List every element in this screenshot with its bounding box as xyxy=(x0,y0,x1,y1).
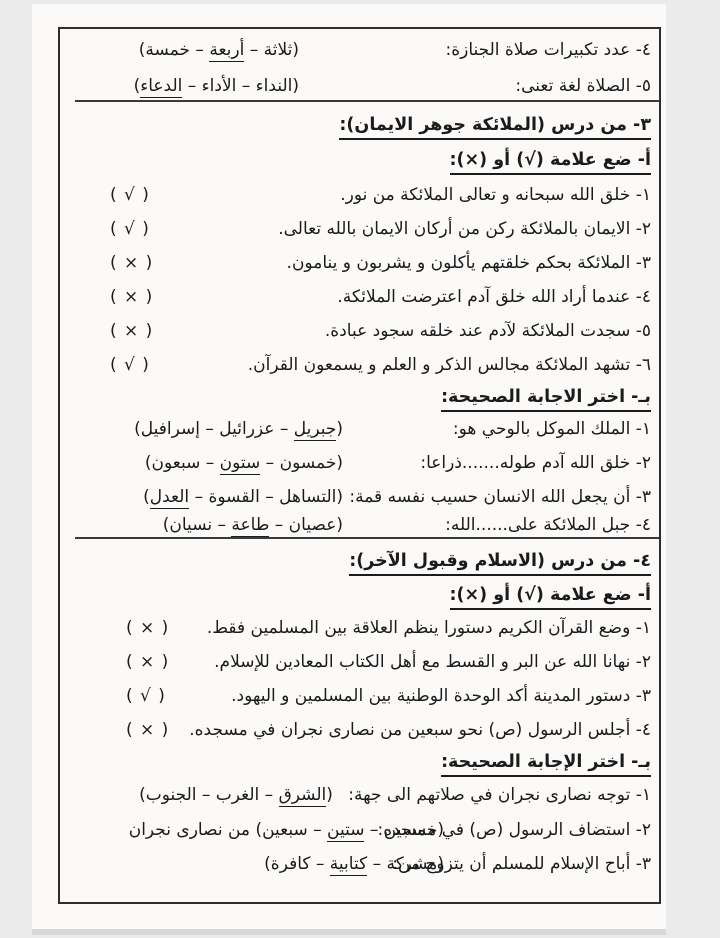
choice-text: (خمسين – xyxy=(364,820,444,840)
question-text: ٢- خلق الله آدم طوله.......ذراعا: xyxy=(420,453,651,473)
part-heading: أ- ضع علامة (√) أو (×): xyxy=(450,148,651,175)
choice-group: (مشركة – كتابية – كافرة) xyxy=(264,852,444,876)
part-heading: أ- ضع علامة (√) أو (×): xyxy=(450,583,651,610)
question-text: ١- توجه نصارى نجران في صلاتهم الى جهة: xyxy=(348,785,651,805)
answer-mark: ( × ) xyxy=(126,650,169,674)
underlined-answer: طاعة xyxy=(231,515,269,537)
statement-text: ٢- الايمان بالملائكة ركن من أركان الايما… xyxy=(278,219,651,239)
answer-mark: ( √ ) xyxy=(126,684,166,708)
mc-question-row: ١- توجه نصارى نجران في صلاتهم الى جهة: (… xyxy=(60,783,659,809)
true-false-row: ١- وضع القرآن الكريم دستورا ينظم العلاقة… xyxy=(60,616,659,642)
paper-sheet: ٤- عدد تكبيرات صلاة الجنازة: (ثلاثة – أر… xyxy=(32,4,666,931)
choice-text: – كافرة) xyxy=(264,854,330,874)
choice-text: – عزرائيل – إسرافيل) xyxy=(134,419,294,439)
choice-text: (عصيان – xyxy=(269,515,343,535)
true-false-row: ٢- نهانا الله عن البر و القسط مع أهل الك… xyxy=(60,650,659,676)
true-false-row: ٤- عندما أراد الله خلق آدم اعترضت الملائ… xyxy=(60,285,659,311)
choice-text: – الغرب – الجنوب) xyxy=(139,785,279,805)
choice-text: – سبعين) من نصارى نجران xyxy=(129,820,327,840)
choice-text: ) xyxy=(143,487,150,507)
statement-text: ٣- دستور المدينة أكد الوحدة الوطنية بين … xyxy=(231,686,651,706)
choice-text: – نسيان) xyxy=(163,515,232,535)
true-false-row: ٣- دستور المدينة أكد الوحدة الوطنية بين … xyxy=(60,684,659,710)
section-title: ٤- من درس (الاسلام وقبول الآخر): xyxy=(349,549,651,576)
scanned-exam-page: ٤- عدد تكبيرات صلاة الجنازة: (ثلاثة – أر… xyxy=(0,0,720,938)
question-text: ٤- عدد تكبيرات صلاة الجنازة: xyxy=(445,40,651,60)
part-heading-row: أ- ضع علامة (√) أو (×): xyxy=(60,148,659,174)
choice-text: (النداء – الأداء – xyxy=(182,76,299,96)
answer-mark: ( × ) xyxy=(110,319,153,343)
true-false-row: ١- خلق الله سبحانه و تعالى الملائكة من ن… xyxy=(60,183,659,209)
choice-text: ( xyxy=(326,785,333,805)
true-false-row: ٢- الايمان بالملائكة ركن من أركان الايما… xyxy=(60,217,659,243)
mc-question-row: ١- الملك الموكل بالوحي هو: (جبريل – عزرا… xyxy=(60,417,659,443)
choice-group: (عصيان – طاعة – نسيان) xyxy=(163,513,343,537)
part-heading-row: بـ- اختر الإجابة الصحيحة: xyxy=(60,750,659,776)
answer-mark: ( √ ) xyxy=(110,217,150,241)
statement-text: ٤- أجلس الرسول (ص) نحو سبعين من نصارى نج… xyxy=(189,720,651,740)
mc-question-row: ٣- أن يجعل الله الانسان حسيب نفسه قمة: (… xyxy=(60,485,659,511)
page-edge-shadow xyxy=(32,929,666,935)
choice-group: (الشرق – الغرب – الجنوب) xyxy=(139,785,333,805)
underlined-answer: ستون xyxy=(220,453,261,475)
separator-line xyxy=(75,100,659,102)
question-text: ٤- جبل الملائكة على......الله: xyxy=(445,515,651,535)
choice-text: ( xyxy=(336,419,343,439)
section-title-row: ٣- من درس (الملائكة جوهر الايمان): xyxy=(60,113,659,139)
underlined-answer: جبريل xyxy=(294,419,337,441)
section-title: ٣- من درس (الملائكة جوهر الايمان): xyxy=(339,113,651,140)
statement-text: ٣- الملائكة بحكم خلقتهم يأكلون و يشربون … xyxy=(287,253,651,273)
choice-group: (ثلاثة – أربعة – خمسة) xyxy=(139,38,299,62)
mc-question-row: ٣- أباح الإسلام للمسلم أن يتزوج من: (مشر… xyxy=(60,852,659,878)
separator-line xyxy=(75,537,659,539)
true-false-row: ٣- الملائكة بحكم خلقتهم يأكلون و يشربون … xyxy=(60,251,659,277)
choice-text: (ثلاثة – xyxy=(244,40,299,60)
answer-mark: ( √ ) xyxy=(110,183,150,207)
statement-text: ٤- عندما أراد الله خلق آدم اعترضت الملائ… xyxy=(337,287,651,307)
choice-group: (جبريل – عزرائيل – إسرافيل) xyxy=(134,417,343,441)
answer-mark: ( × ) xyxy=(126,616,169,640)
choice-group: (خمسون – ستون – سبعون) xyxy=(145,451,343,475)
section-title-row: ٤- من درس (الاسلام وقبول الآخر): xyxy=(60,549,659,575)
question-text: ١- الملك الموكل بالوحي هو: xyxy=(453,419,651,439)
choice-text: – خمسة) xyxy=(139,40,210,60)
true-false-row: ٤- أجلس الرسول (ص) نحو سبعين من نصارى نج… xyxy=(60,718,659,744)
part-heading: بـ- اختر الإجابة الصحيحة: xyxy=(441,750,651,777)
answer-mark: ( × ) xyxy=(110,285,153,309)
choice-text: (التساهل – القسوة – xyxy=(189,487,343,507)
underlined-answer: أربعة xyxy=(209,40,244,62)
mc-question-row: ٢- خلق الله آدم طوله.......ذراعا: (خمسون… xyxy=(60,451,659,477)
question-text: ٣- أن يجعل الله الانسان حسيب نفسه قمة: xyxy=(349,487,651,507)
underlined-answer: الشرق xyxy=(279,785,327,807)
statement-text: ١- خلق الله سبحانه و تعالى الملائكة من ن… xyxy=(340,185,651,205)
answer-mark: ( × ) xyxy=(126,718,169,742)
underlined-answer: كتابية xyxy=(330,854,367,876)
choice-group: (التساهل – القسوة – العدل) xyxy=(143,485,343,509)
choice-group: (النداء – الأداء – الدعاء) xyxy=(134,74,299,98)
content-frame: ٤- عدد تكبيرات صلاة الجنازة: (ثلاثة – أر… xyxy=(58,27,661,904)
underlined-answer: ستين xyxy=(327,820,364,842)
mc-question-row: ٤- عدد تكبيرات صلاة الجنازة: (ثلاثة – أر… xyxy=(60,38,659,64)
choice-group: (خمسين – ستين – سبعين) من نصارى نجران xyxy=(129,818,444,842)
statement-text: ١- وضع القرآن الكريم دستورا ينظم العلاقة… xyxy=(207,618,651,638)
statement-text: ٢- نهانا الله عن البر و القسط مع أهل الك… xyxy=(214,652,651,672)
true-false-row: ٦- تشهد الملائكة مجالس الذكر و العلم و ي… xyxy=(60,353,659,379)
part-heading-row: أ- ضع علامة (√) أو (×): xyxy=(60,583,659,609)
underlined-answer: العدل xyxy=(150,487,189,509)
underlined-answer: الدعاء xyxy=(140,76,182,98)
true-false-row: ٥- سجدت الملائكة لآدم عند خلقه سجود عباد… xyxy=(60,319,659,345)
choice-text: (مشركة – xyxy=(367,854,444,874)
mc-question-row: ٥- الصلاة لغة تعنى: (النداء – الأداء – ا… xyxy=(60,74,659,100)
answer-mark: ( × ) xyxy=(110,251,153,275)
answer-mark: ( √ ) xyxy=(110,353,150,377)
statement-text: ٥- سجدت الملائكة لآدم عند خلقه سجود عباد… xyxy=(325,321,651,341)
part-heading: بـ- اختر الاجابة الصحيحة: xyxy=(441,385,651,412)
mc-question-row: ٢- استضاف الرسول (ص) في مسجده: (خمسين – … xyxy=(60,818,659,844)
statement-text: ٦- تشهد الملائكة مجالس الذكر و العلم و ي… xyxy=(248,355,651,375)
mc-question-row: ٤- جبل الملائكة على......الله: (عصيان – … xyxy=(60,513,659,539)
part-heading-row: بـ- اختر الاجابة الصحيحة: xyxy=(60,385,659,411)
choice-text: – سبعون) xyxy=(145,453,220,473)
question-text: ٥- الصلاة لغة تعنى: xyxy=(515,76,651,96)
choice-text: (خمسون – xyxy=(260,453,343,473)
